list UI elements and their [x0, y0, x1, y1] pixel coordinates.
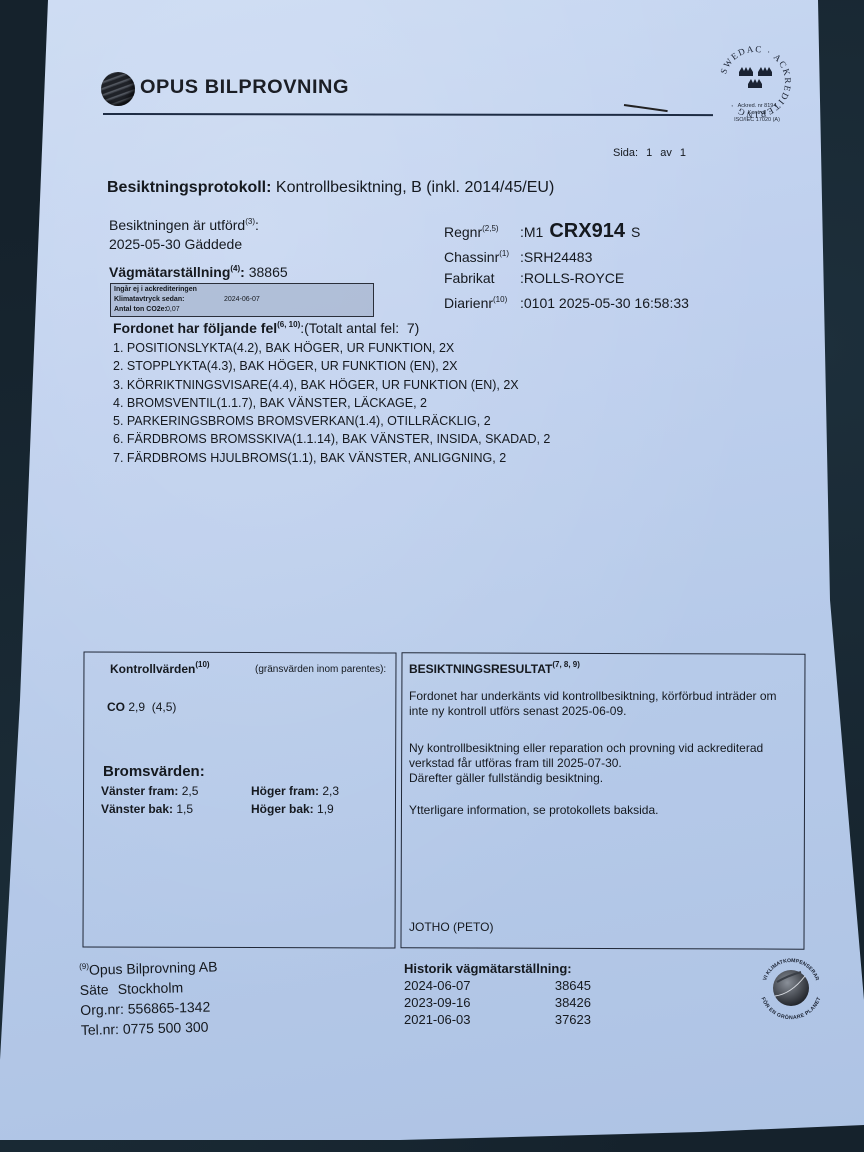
history-value: 37623 — [555, 1011, 591, 1028]
accreditation-type: Kontroll — [712, 110, 802, 117]
inspection-date-place: 2025-05-30 Gäddede — [109, 236, 242, 252]
accreditation-number: Ackred. nr 8194 — [712, 103, 802, 110]
co2-value: 0,07 — [166, 305, 180, 315]
brake-value: 1,5 — [176, 802, 193, 816]
fault-item: 1. POSITIONSLYKTA(4.2), BAK HÖGER, UR FU… — [113, 339, 550, 357]
climate-footprint-box: Ingår ej i ackrediteringen Klimatavtryck… — [110, 283, 374, 317]
history-row: 2021-06-0337623 — [404, 1011, 591, 1028]
brake-values-grid: Vänster fram: 2,5 Höger fram: 2,3 Vänste… — [101, 782, 381, 818]
document-title: Besiktningsprotokoll: Kontrollbesiktning… — [107, 179, 554, 197]
climate-since-value: 2024-06-07 — [224, 295, 260, 305]
co-limit: (4,5) — [152, 700, 177, 714]
brake-label: Vänster bak: — [101, 802, 173, 816]
faults-total-count: 7 — [407, 320, 415, 336]
footnote-ref: (6, 10) — [277, 320, 300, 329]
brake-label: Vänster fram: — [101, 784, 178, 798]
diary-number: 0101 2025-05-30 16:58:33 — [524, 293, 689, 314]
footnote-ref: (1) — [499, 249, 509, 258]
odometer-label: Vägmätarställning — [109, 264, 230, 280]
co-reading: CO 2,9 (4,5) — [107, 700, 176, 714]
odometer-value: 38865 — [249, 264, 288, 280]
control-values-subtitle: (gränsvärden inom parentes): — [255, 664, 386, 675]
history-row: 2023-09-1638426 — [404, 994, 591, 1011]
control-values-title: Kontrollvärden(10) — [110, 660, 210, 676]
brake-value: 1,9 — [317, 802, 334, 816]
company-info: (9)Opus Bilprovning AB SäteStockholm Org… — [79, 953, 219, 1040]
fault-item: 5. PARKERINGSBROMS BROMSVERKAN(1.4), OTI… — [113, 412, 550, 430]
regnr-row: Regnr(2,5) :M1 CRX914 S — [444, 218, 689, 243]
page-indicator: Sida:1av1 — [613, 147, 694, 159]
regnr-label-text: Regnr — [444, 224, 482, 240]
accreditation-exclusion-note: Ingår ej i ackrediteringen — [114, 285, 224, 295]
fault-item: 2. STOPPLYKTA(4.3), BAK HÖGER, UR FUNKTI… — [113, 357, 550, 375]
history-value: 38645 — [555, 977, 591, 994]
page-label: Sida: — [613, 147, 638, 159]
brake-value-rear-left: Vänster bak: 1,5 — [101, 800, 251, 818]
company-name-row: (9)Opus Bilprovning AB — [79, 953, 218, 980]
chassis-row: Chassinr(1):SRH24483 — [444, 243, 689, 268]
climate-compensation-badge-icon: VI KLIMATKOMPENSERAR FÖR EN GRÖNARE PLAN… — [755, 952, 827, 1024]
odometer-history: 2024-06-0738645 2023-09-1638426 2021-06-… — [404, 977, 591, 1028]
history-value: 38426 — [555, 994, 591, 1011]
brake-value-rear-right: Höger bak: 1,9 — [251, 800, 381, 818]
result-full-inspection-note: Därefter gäller fullständig besiktning. — [409, 771, 799, 786]
footnote-ref: (2,5) — [482, 224, 498, 233]
climate-since-label: Klimatavtryck sedan: — [114, 295, 224, 305]
fault-item: 7. FÄRDBROMS HJULBROMS(1.1), BAK VÄNSTER… — [113, 449, 550, 467]
co2-label: Antal ton CO2e: — [114, 305, 166, 315]
footnote-ref: (9) — [79, 962, 89, 971]
page-of-label: av — [660, 147, 672, 159]
history-date: 2023-09-16 — [404, 994, 471, 1011]
chassis-number: SRH24483 — [524, 247, 593, 268]
chassis-label-text: Chassinr — [444, 249, 499, 265]
brake-values-title: Bromsvärden: — [103, 763, 205, 780]
history-date: 2021-06-03 — [404, 1011, 471, 1028]
inspector-id: JOTHO (PETO) — [409, 920, 493, 934]
inspection-label-text: Besiktningen är utförd — [109, 217, 245, 233]
result-more-info: Ytterligare information, se protokollets… — [409, 803, 799, 818]
vehicle-make: ROLLS-ROYCE — [524, 268, 624, 289]
accreditation-details: Ackred. nr 8194 Kontroll ISO/IEC 17020 (… — [712, 103, 802, 124]
brake-value: 2,5 — [182, 784, 199, 798]
company-phone: Tel.nr: 0775 500 300 — [81, 1016, 220, 1040]
odometer-history-title: Historik vägmätarställning: — [404, 961, 572, 976]
co2-row: Antal ton CO2e:0,07 — [114, 305, 370, 315]
faults-heading: Fordonet har följande fel(6, 10):(Totalt… — [113, 320, 419, 336]
faults-title-text: Fordonet har följande fel — [113, 320, 277, 336]
co-label: CO — [107, 700, 125, 714]
registration-number: CRX914 — [549, 221, 625, 242]
brake-value-front-left: Vänster fram: 2,5 — [101, 782, 251, 800]
inspection-result-title: BESIKTNINGSRESULTAT(7, 8, 9) — [409, 660, 580, 676]
brake-label: Höger fram: — [251, 784, 319, 798]
diary-label-text: Diarienr — [444, 295, 493, 311]
page-current: 1 — [646, 147, 652, 159]
vehicle-category: M1 — [524, 222, 543, 243]
make-row: Fabrikat:ROLLS-ROYCE — [444, 268, 689, 289]
company-name: Opus Bilprovning AB — [89, 958, 218, 977]
opus-globe-logo-icon — [101, 72, 135, 106]
document-title-bold: Besiktningsprotokoll: — [107, 179, 271, 196]
history-date: 2024-06-07 — [404, 977, 471, 994]
footnote-ref: (10) — [493, 295, 507, 304]
fault-item: 4. BROMSVENTIL(1.1.7), BAK VÄNSTER, LÄCK… — [113, 394, 550, 412]
inspection-result-title-text: BESIKTNINGSRESULTAT — [409, 662, 552, 676]
footnote-ref: (4) — [230, 264, 240, 273]
climate-since-row: Klimatavtryck sedan:2024-06-07 — [114, 295, 370, 305]
faults-list: 1. POSITIONSLYKTA(4.2), BAK HÖGER, UR FU… — [113, 339, 550, 467]
accreditation-standard: ISO/IEC 17020 (A) — [712, 117, 802, 124]
brake-value: 2,3 — [322, 784, 339, 798]
odometer-reading: Vägmätarställning(4): 38865 — [109, 264, 288, 280]
result-reinspection-deadline: Ny kontrollbesiktning eller reparation o… — [409, 741, 799, 771]
brand-name: OPUS BILPROVNING — [140, 77, 349, 99]
page-total: 1 — [680, 147, 686, 159]
diary-row: Diarienr(10):0101 2025-05-30 16:58:33 — [444, 289, 689, 314]
brake-label: Höger bak: — [251, 802, 314, 816]
make-label: Fabrikat — [444, 268, 520, 289]
regnr-label: Regnr(2,5) — [444, 218, 520, 243]
co-value: 2,9 — [128, 700, 145, 714]
footnote-ref: (3) — [245, 217, 255, 226]
company-seat-label: Säte — [80, 979, 119, 1000]
result-verdict: Fordonet har underkänts vid kontrollbesi… — [409, 689, 799, 719]
inspection-label: Besiktningen är utförd(3): — [109, 217, 259, 233]
history-row: 2024-06-0738645 — [404, 977, 591, 994]
chassis-label: Chassinr(1) — [444, 243, 520, 268]
fault-item: 6. FÄRDBROMS BROMSSKIVA(1.1.14), BAK VÄN… — [113, 430, 550, 448]
diary-label: Diarienr(10) — [444, 289, 520, 314]
brake-value-front-right: Höger fram: 2,3 — [251, 782, 381, 800]
faults-total-label: :(Totalt antal fel: — [300, 320, 399, 336]
registration-suffix: S — [631, 222, 640, 243]
climate-note-row: Ingår ej i ackrediteringen — [114, 285, 370, 295]
document-title-type: Kontrollbesiktning, B (inkl. 2014/45/EU) — [276, 179, 554, 196]
footnote-ref: (7, 8, 9) — [552, 660, 580, 669]
control-values-title-text: Kontrollvärden — [110, 662, 195, 676]
fault-item: 3. KÖRRIKTNINGSVISARE(4.4), BAK HÖGER, U… — [113, 376, 550, 394]
footnote-ref: (10) — [195, 660, 209, 669]
company-seat: Stockholm — [118, 979, 184, 997]
vehicle-info: Regnr(2,5) :M1 CRX914 S Chassinr(1):SRH2… — [444, 218, 689, 314]
